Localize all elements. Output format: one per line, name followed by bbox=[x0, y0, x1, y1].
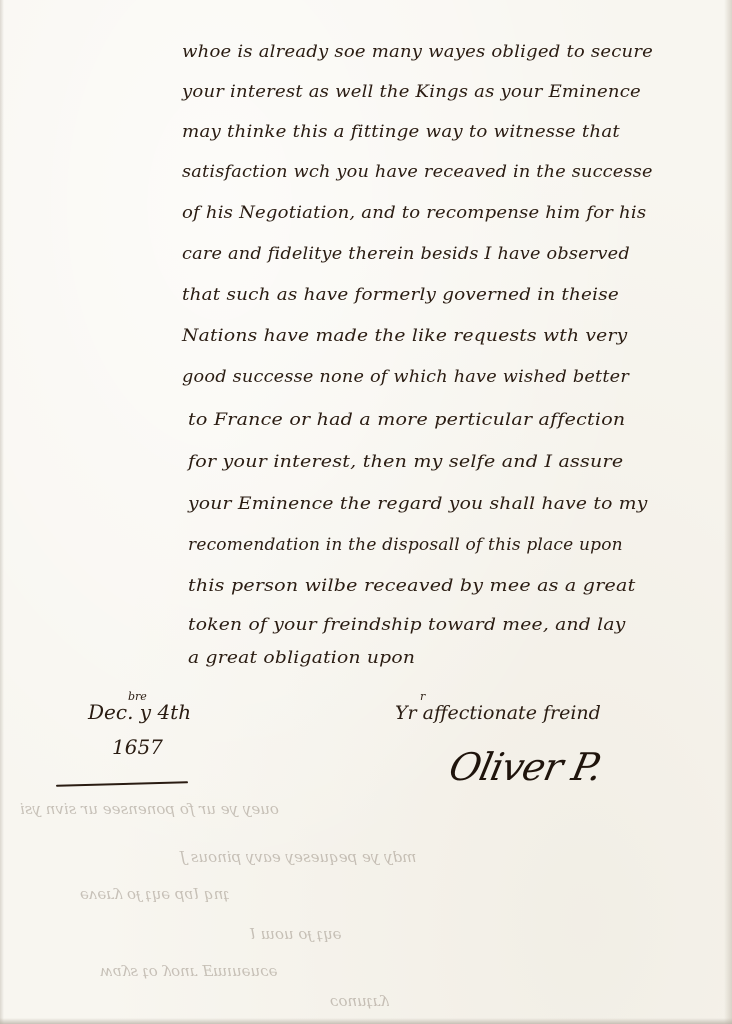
letter-line: good successe none of which have wished … bbox=[182, 367, 629, 387]
letter-line: care and fidelitye therein besids I have… bbox=[182, 244, 630, 264]
paper-edge-left bbox=[0, 0, 4, 1024]
letter-line: may thinke this a fittinge way to witnes… bbox=[182, 122, 620, 142]
letter-line: Nations have made the like requests wth … bbox=[182, 326, 627, 346]
signature: Oliver P. bbox=[445, 745, 605, 789]
letter-line: for your interest, then my selfe and I a… bbox=[188, 452, 623, 472]
bleed-through-line: ouey ye ur fo ponensee ur sivn ysi bbox=[20, 800, 279, 818]
date-year: 1657 bbox=[112, 735, 163, 759]
paper-edge-bottom bbox=[0, 1018, 732, 1024]
bleed-through-line: ʎɹʇunoɔ bbox=[330, 992, 389, 1010]
letter-line: your interest as well the Kings as your … bbox=[182, 82, 641, 102]
bleed-through-line: ǝɔuǝuıɯƎ ɹnoʎ oʇ sʎɐʍ bbox=[100, 962, 277, 980]
date-line-1: Dec. y 4th bbox=[88, 700, 191, 724]
date-underline bbox=[56, 781, 188, 786]
letter-page: ouey ye ur fo ponensee ur sivn ysi mdy y… bbox=[0, 0, 732, 1024]
letter-line: whoe is already soe many wayes obliged t… bbox=[182, 42, 653, 62]
paper-edge-right bbox=[724, 0, 732, 1024]
letter-line: that such as have formerly governed in t… bbox=[182, 285, 619, 305]
closing-salutation: Yr affectionate freind bbox=[395, 702, 601, 724]
bleed-through-line: ʇnq Ɩɐp ǝɥʇ ɟo ʎɹǝʌǝ bbox=[80, 885, 229, 903]
letter-line: a great obligation upon bbox=[188, 648, 415, 668]
bleed-through-line: mdy ye pequesey eavy pinous J bbox=[180, 848, 416, 866]
letter-line: token of your freindship toward mee, and… bbox=[188, 615, 626, 635]
bleed-through-line: ǝɥʇ ɟo uoɯ Ɩ bbox=[250, 925, 341, 943]
letter-line: recomendation in the disposall of this p… bbox=[188, 535, 623, 555]
letter-line: this person wilbe receaved by mee as a g… bbox=[188, 576, 635, 596]
letter-line: your Eminence the regard you shall have … bbox=[188, 494, 647, 514]
letter-line: of his Negotiation, and to recompense hi… bbox=[182, 203, 646, 223]
letter-line: satisfaction wch you have receaved in th… bbox=[182, 162, 653, 182]
letter-line: to France or had a more perticular affec… bbox=[188, 410, 625, 430]
